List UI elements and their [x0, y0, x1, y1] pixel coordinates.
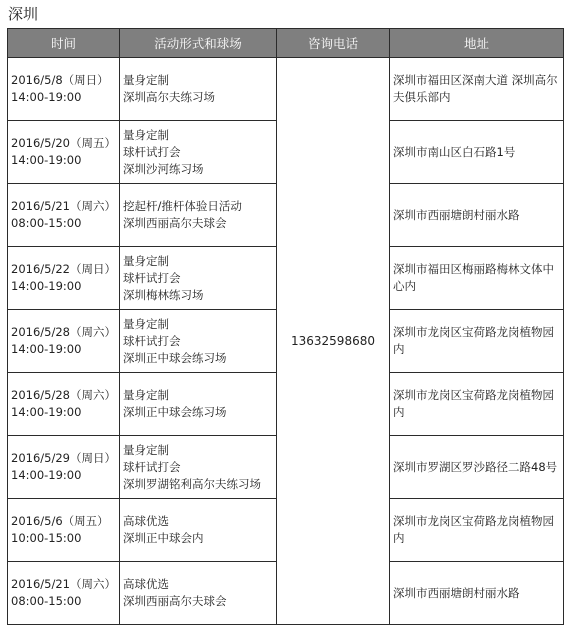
- activity-line: 深圳正中球会练习场: [123, 404, 273, 421]
- event-date: 2016/5/20（周五）: [11, 135, 116, 152]
- table-header-row: 时间 活动形式和球场 咨询电话 地址: [8, 29, 564, 58]
- cell-address: 深圳市龙岗区宝荷路龙岗植物园内: [390, 499, 564, 562]
- cell-datetime: 2016/5/28（周六）14:00-19:00: [8, 373, 120, 436]
- activity-line: 深圳西丽高尔夫球会: [123, 215, 273, 232]
- activity-line: 深圳正中球会练习场: [123, 350, 273, 367]
- cell-activity-venue: 量身定制球杆试打会深圳罗湖铭利高尔夫练习场: [120, 436, 277, 499]
- event-time: 08:00-15:00: [11, 593, 116, 610]
- cell-address: 深圳市龙岗区宝荷路龙岗植物园内: [390, 310, 564, 373]
- event-time: 08:00-15:00: [11, 215, 116, 232]
- activity-line: 量身定制: [123, 127, 273, 144]
- cell-address: 深圳市福田区深南大道 深圳高尔夫俱乐部内: [390, 58, 564, 121]
- header-activity-venue: 活动形式和球场: [120, 29, 277, 58]
- cell-address: 深圳市南山区白石路1号: [390, 121, 564, 184]
- cell-datetime: 2016/5/20（周五）14:00-19:00: [8, 121, 120, 184]
- schedule-table: 时间 活动形式和球场 咨询电话 地址 2016/5/8（周日）14:00-19:…: [7, 28, 564, 625]
- activity-line: 深圳正中球会内: [123, 530, 273, 547]
- activity-line: 量身定制: [123, 442, 273, 459]
- cell-datetime: 2016/5/8（周日）14:00-19:00: [8, 58, 120, 121]
- activity-line: 球杆试打会: [123, 270, 273, 287]
- cell-address: 深圳市福田区梅丽路梅林文体中心内: [390, 247, 564, 310]
- cell-activity-venue: 量身定制球杆试打会深圳正中球会练习场: [120, 310, 277, 373]
- table-row: 2016/5/8（周日）14:00-19:00量身定制深圳高尔夫练习场13632…: [8, 58, 564, 121]
- cell-address: 深圳市西丽塘朗村丽水路: [390, 562, 564, 625]
- event-date: 2016/5/28（周六）: [11, 387, 116, 404]
- event-time: 14:00-19:00: [11, 467, 116, 484]
- activity-line: 高球优选: [123, 576, 273, 593]
- cell-datetime: 2016/5/21（周六）08:00-15:00: [8, 562, 120, 625]
- activity-line: 高球优选: [123, 513, 273, 530]
- cell-activity-venue: 量身定制深圳正中球会练习场: [120, 373, 277, 436]
- activity-line: 深圳梅林练习场: [123, 287, 273, 304]
- event-time: 10:00-15:00: [11, 530, 116, 547]
- cell-datetime: 2016/5/21（周六）08:00-15:00: [8, 184, 120, 247]
- event-date: 2016/5/21（周六）: [11, 198, 116, 215]
- event-date: 2016/5/22（周日）: [11, 261, 116, 278]
- table-body: 2016/5/8（周日）14:00-19:00量身定制深圳高尔夫练习场13632…: [8, 58, 564, 625]
- cell-activity-venue: 量身定制球杆试打会深圳沙河练习场: [120, 121, 277, 184]
- cell-activity-venue: 高球优选深圳正中球会内: [120, 499, 277, 562]
- activity-line: 深圳沙河练习场: [123, 161, 273, 178]
- header-time: 时间: [8, 29, 120, 58]
- activity-line: 球杆试打会: [123, 333, 273, 350]
- event-time: 14:00-19:00: [11, 278, 116, 295]
- activity-line: 量身定制: [123, 316, 273, 333]
- cell-address: 深圳市龙岗区宝荷路龙岗植物园内: [390, 373, 564, 436]
- event-date: 2016/5/8（周日）: [11, 72, 116, 89]
- activity-line: 量身定制: [123, 253, 273, 270]
- activity-line: 深圳西丽高尔夫球会: [123, 593, 273, 610]
- cell-datetime: 2016/5/6（周五）10:00-15:00: [8, 499, 120, 562]
- event-time: 14:00-19:00: [11, 89, 116, 106]
- event-time: 14:00-19:00: [11, 341, 116, 358]
- cell-datetime: 2016/5/29（周日）14:00-19:00: [8, 436, 120, 499]
- header-address: 地址: [390, 29, 564, 58]
- activity-line: 球杆试打会: [123, 459, 273, 476]
- activity-line: 深圳罗湖铭利高尔夫练习场: [123, 476, 273, 493]
- event-time: 14:00-19:00: [11, 152, 116, 169]
- cell-activity-venue: 量身定制深圳高尔夫练习场: [120, 58, 277, 121]
- cell-datetime: 2016/5/22（周日）14:00-19:00: [8, 247, 120, 310]
- activity-line: 挖起杆/推杆体验日活动: [123, 198, 273, 215]
- cell-address: 深圳市西丽塘朗村丽水路: [390, 184, 564, 247]
- activity-line: 量身定制: [123, 72, 273, 89]
- event-date: 2016/5/29（周日）: [11, 450, 116, 467]
- page-title: 深圳: [8, 4, 38, 24]
- header-phone: 咨询电话: [277, 29, 390, 58]
- cell-activity-venue: 挖起杆/推杆体验日活动深圳西丽高尔夫球会: [120, 184, 277, 247]
- contact-phone: 13632598680: [291, 334, 375, 348]
- cell-activity-venue: 量身定制球杆试打会深圳梅林练习场: [120, 247, 277, 310]
- event-time: 14:00-19:00: [11, 404, 116, 421]
- cell-activity-venue: 高球优选深圳西丽高尔夫球会: [120, 562, 277, 625]
- cell-datetime: 2016/5/28（周六）14:00-19:00: [8, 310, 120, 373]
- activity-line: 球杆试打会: [123, 144, 273, 161]
- cell-address: 深圳市罗湖区罗沙路径二路48号: [390, 436, 564, 499]
- event-date: 2016/5/28（周六）: [11, 324, 116, 341]
- activity-line: 深圳高尔夫练习场: [123, 89, 273, 106]
- event-date: 2016/5/21（周六）: [11, 576, 116, 593]
- activity-line: 量身定制: [123, 387, 273, 404]
- cell-phone: 13632598680: [277, 58, 390, 625]
- event-date: 2016/5/6（周五）: [11, 513, 116, 530]
